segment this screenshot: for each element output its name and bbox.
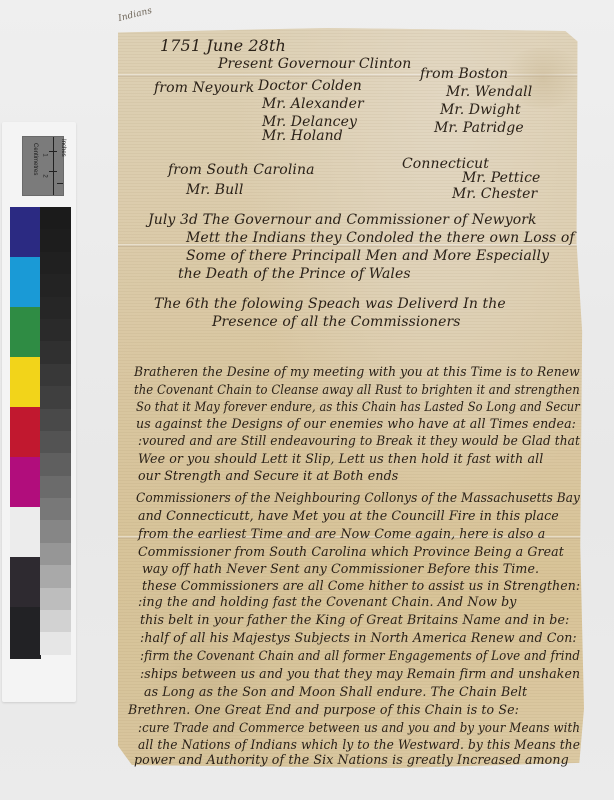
speech-line: So that it May forever endure, as this C… xyxy=(136,399,580,414)
commissioner-name: Mr. Alexander xyxy=(262,96,364,112)
gray-step xyxy=(40,252,71,274)
speech-line: :voured and are Still endeavouring to Br… xyxy=(138,433,580,448)
speech-line: Brethren. One Great End and purpose of t… xyxy=(128,702,519,717)
south-carolina-label: from South Carolina xyxy=(168,162,315,178)
speech-line: :cure Trade and Commerce between us and … xyxy=(138,720,580,735)
gray-step xyxy=(40,386,71,408)
swatch-blue xyxy=(10,207,41,257)
gray-step xyxy=(40,498,71,520)
present-line: Present Governour Clinton xyxy=(218,56,411,72)
entry-line: Some of there Principall Men and More Es… xyxy=(186,248,549,264)
speech-line: :firm the Covenant Chain and all former … xyxy=(140,648,580,663)
speech-line: from the earliest Time and are Now Come … xyxy=(138,526,545,541)
commissioner-name: Mr. Pettice xyxy=(462,170,540,186)
entry-line: The 6th the folowing Speach was Deliverd… xyxy=(154,296,506,312)
entry-line: July 3d The Governour and Commissioner o… xyxy=(148,212,537,228)
commissioner-name: Mr. Dwight xyxy=(440,102,521,118)
gray-step xyxy=(40,476,71,498)
gray-step xyxy=(40,610,71,632)
commissioner-name: Mr. Holand xyxy=(262,128,343,144)
speech-line: all the Nations of Indians which ly to t… xyxy=(138,737,580,752)
commissioner-name: Mr. Bull xyxy=(186,182,243,198)
speech-line: way off hath Never Sent any Commissioner… xyxy=(142,561,539,576)
gray-step xyxy=(40,543,71,565)
ruler-label-centimetres: Centimetres xyxy=(32,143,38,175)
commissioner-name: Mr. Patridge xyxy=(434,120,524,136)
entry-line: the Death of the Prince of Wales xyxy=(178,266,411,282)
gray-step xyxy=(40,588,71,610)
swatch-red xyxy=(10,407,41,457)
speech-line: Commissioners of the Neighbouring Collon… xyxy=(136,490,580,505)
gray-step xyxy=(40,565,71,587)
gray-step xyxy=(40,364,71,386)
gray-step xyxy=(40,207,71,229)
speech-line: :ing the and holding fast the Covenant C… xyxy=(138,594,516,609)
swatch-dark-brown xyxy=(10,557,41,607)
swatch-green xyxy=(10,307,41,357)
scale-ruler: Centimetres Inches 1 2 xyxy=(22,136,64,196)
swatch-white xyxy=(10,507,41,557)
swatch-yellow xyxy=(10,357,41,407)
speech-line: as Long as the Son and Moon Shall endure… xyxy=(144,684,527,699)
speech-line: us against the Designs of our enemies wh… xyxy=(136,416,576,431)
speech-line: the Covenant Chain to Cleanse away all R… xyxy=(134,382,580,397)
ruler-mark-1: 1 xyxy=(42,153,48,156)
color-swatch-column xyxy=(10,207,41,659)
grayscale-column xyxy=(40,207,71,655)
speech-line: our Strength and Secure it at Both ends xyxy=(138,468,398,483)
swatch-cyan xyxy=(10,257,41,307)
ruler-tick xyxy=(49,151,57,152)
document-date: 1751 June 28th xyxy=(160,36,286,55)
gray-step xyxy=(40,297,71,319)
speech-line: and Connecticutt, have Met you at the Co… xyxy=(138,508,559,523)
ruler-mark-2: 2 xyxy=(42,174,48,177)
speech-line: these Commissioners are all Come hither … xyxy=(142,578,580,593)
entry-line: Presence of all the Commissioners xyxy=(212,314,461,330)
commissioner-name: Doctor Colden xyxy=(258,78,362,94)
ruler-tick xyxy=(57,183,63,184)
gray-step xyxy=(40,632,71,654)
swatch-magenta xyxy=(10,457,41,507)
gray-step xyxy=(40,274,71,296)
speech-line: :ships between us and you that they may … xyxy=(140,666,580,681)
gray-step xyxy=(40,431,71,453)
gray-step xyxy=(40,409,71,431)
speech-line: Wee or you should Lett it Slip, Lett us … xyxy=(138,451,543,466)
boston-label: from Boston xyxy=(420,66,508,82)
speech-line: power and Authority of the Six Nations i… xyxy=(134,752,569,767)
gray-step xyxy=(40,453,71,475)
ruler-edge xyxy=(53,137,54,195)
gray-step xyxy=(40,229,71,251)
entry-line: Mett the Indians they Condoled the there… xyxy=(186,230,575,246)
new-york-label: from Neyourk xyxy=(154,80,254,96)
commissioner-name: Mr. Chester xyxy=(452,186,537,202)
gray-step xyxy=(40,341,71,363)
ruler-tick xyxy=(49,171,57,172)
ruler-label-inches: Inches xyxy=(60,139,66,157)
swatch-black xyxy=(10,607,41,659)
speech-line: :half of all his Majestys Subjects in No… xyxy=(140,630,577,645)
commissioner-name: Mr. Wendall xyxy=(446,84,532,100)
gray-step xyxy=(40,520,71,542)
gray-step xyxy=(40,319,71,341)
speech-line: this belt in your father the King of Gre… xyxy=(140,612,569,627)
speech-line: Commissioner from South Carolina which P… xyxy=(138,544,564,559)
speech-line: Bratheren the Desine of my meeting with … xyxy=(134,364,580,379)
